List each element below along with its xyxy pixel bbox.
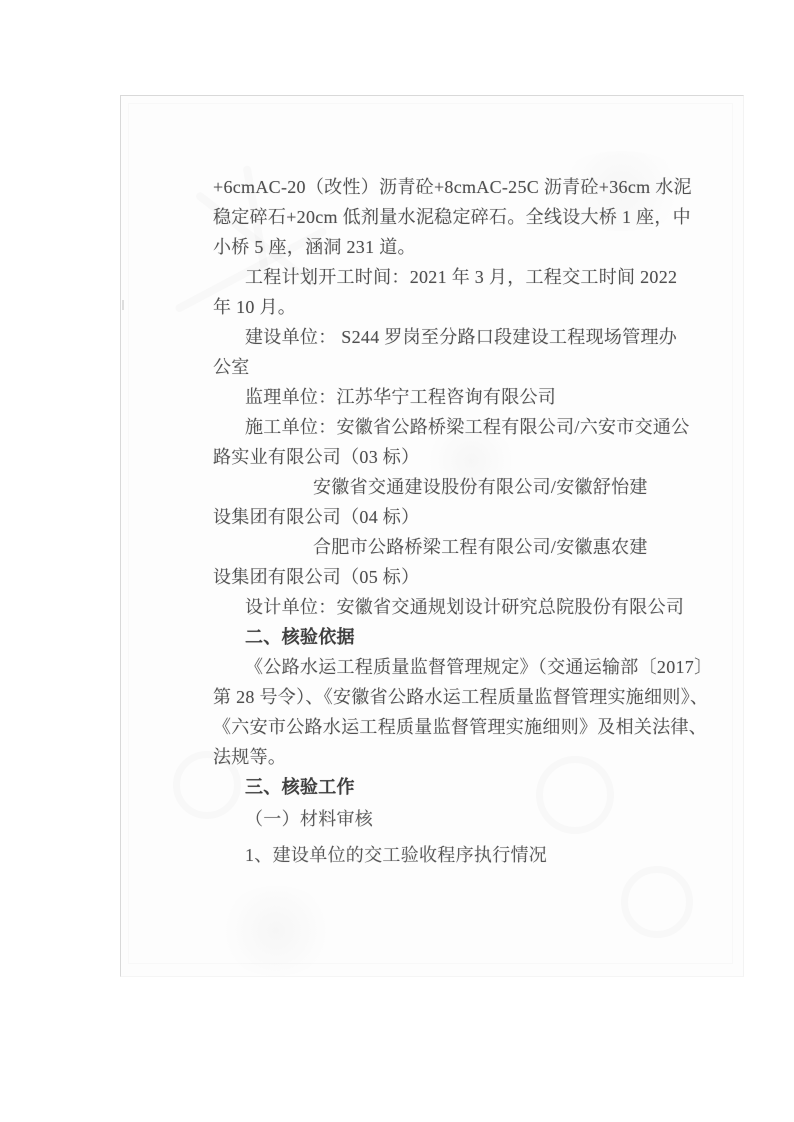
text-line: 工程计划开工时间：2021 年 3 月，工程交工时间 2022 bbox=[245, 262, 655, 292]
text-line: 安徽省交通建设股份有限公司/安徽舒怡建 bbox=[313, 472, 655, 502]
text-line: 三、核验工作 bbox=[245, 772, 655, 802]
text-line: 法规等。 bbox=[213, 742, 655, 772]
text-line: 公室 bbox=[213, 352, 655, 382]
text-line: 第 28 号令）、《安徽省公路水运工程质量监督管理实施细则》、 bbox=[213, 682, 655, 712]
text-line: 设集团有限公司（05 标） bbox=[213, 562, 655, 592]
scan-noise-mark bbox=[122, 300, 124, 310]
text-line: 设集团有限公司（04 标） bbox=[213, 502, 655, 532]
text-line: +6cmAC-20（改性）沥青砼+8cmAC-25C 沥青砼+36cm 水泥 bbox=[213, 172, 655, 202]
text-line: 二、核验依据 bbox=[245, 622, 655, 652]
text-line: 《六安市公路水运工程质量监督管理实施细则》及相关法律、 bbox=[213, 712, 655, 742]
text-line: 年 10 月。 bbox=[213, 292, 655, 322]
text-line: 稳定碎石+20cm 低剂量水泥稳定碎石。全线设大桥 1 座，中 bbox=[213, 202, 655, 232]
text-line: 1、建设单位的交工验收程序执行情况 bbox=[245, 840, 655, 870]
bleed-through-artifact bbox=[621, 866, 693, 938]
text-line: 《公路水运工程质量监督管理规定》（交通运输部〔2017〕 bbox=[245, 652, 655, 682]
text-block: +6cmAC-20（改性）沥青砼+8cmAC-25C 沥青砼+36cm 水泥稳定… bbox=[213, 172, 655, 870]
text-line: 施工单位：安徽省公路桥梁工程有限公司/六安市交通公 bbox=[245, 412, 655, 442]
text-line: 监理单位：江苏华宁工程咨询有限公司 bbox=[245, 382, 655, 412]
bleed-through-artifact bbox=[216, 886, 336, 976]
text-line: 合肥市公路桥梁工程有限公司/安徽惠农建 bbox=[313, 532, 655, 562]
text-line: 设计单位：安徽省交通规划设计研究总院股份有限公司 bbox=[245, 592, 655, 622]
text-line: 小桥 5 座，涵洞 231 道。 bbox=[213, 232, 655, 262]
text-line: （一）材料审核 bbox=[245, 804, 655, 834]
text-line: 路实业有限公司（03 标） bbox=[213, 442, 655, 472]
text-line: 建设单位： S244 罗岗至分路口段建设工程现场管理办 bbox=[245, 322, 655, 352]
